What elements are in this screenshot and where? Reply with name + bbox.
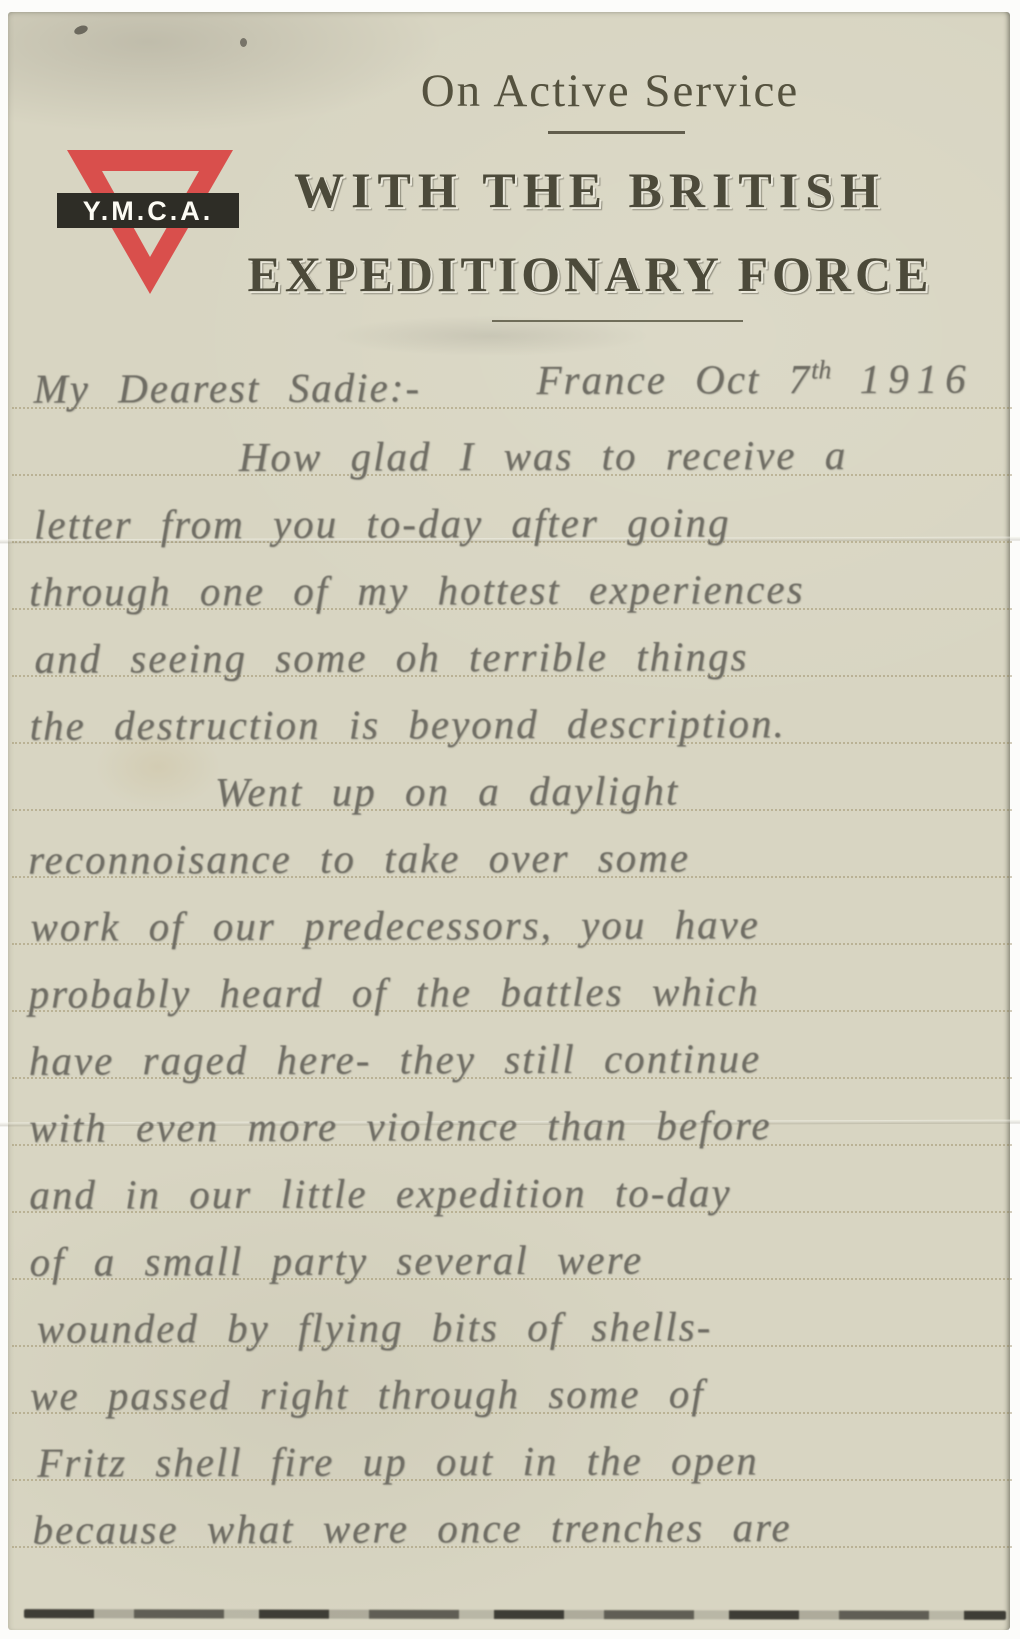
handwritten-line: we passed right through some of [30,1369,705,1419]
handwritten-line: Fritz shell fire up out in the open [37,1436,759,1487]
handwritten-line: the destruction is beyond description. [30,699,786,750]
salutation: My Dearest Sadie:- [33,363,421,412]
dateline-ordinal: th [811,355,831,384]
dateline: France Oct 7th 1916 [536,354,973,404]
dateline-place: France [536,356,667,402]
handwritten-line: work of our predecessors, you have [30,900,760,951]
handwritten-line: probably heard of the battles which [29,967,760,1018]
handwritten-line: and seeing some oh terrible things [34,632,748,682]
handwritten-line: letter from you to-day after going [34,498,731,548]
handwriting-layer: My Dearest Sadie:- France Oct 7th 1916 H… [0,0,1020,1639]
handwritten-line: of a small party several were [29,1236,643,1286]
handwritten-line: with even more violence than before [29,1101,772,1152]
dateline-year: 1916 [859,355,973,401]
handwritten-line: have raged here- they still continue [29,1034,761,1085]
handwritten-line: wounded by flying bits of shells- [37,1302,713,1352]
handwritten-line: through one of my hottest experiences [29,565,804,616]
scan-page: On Active Service WITH THE BRITISH EXPED… [0,0,1020,1639]
dateline-date: Oct 7 [695,356,811,402]
handwritten-line: How glad I was to receive a [239,431,848,481]
handwritten-line: Went up on a daylight [215,766,680,816]
handwritten-line: because what were once trenches are [32,1503,791,1554]
handwritten-line: reconnoisance to take over some [28,833,690,883]
handwritten-line: and in our little expedition to-day [29,1168,731,1218]
